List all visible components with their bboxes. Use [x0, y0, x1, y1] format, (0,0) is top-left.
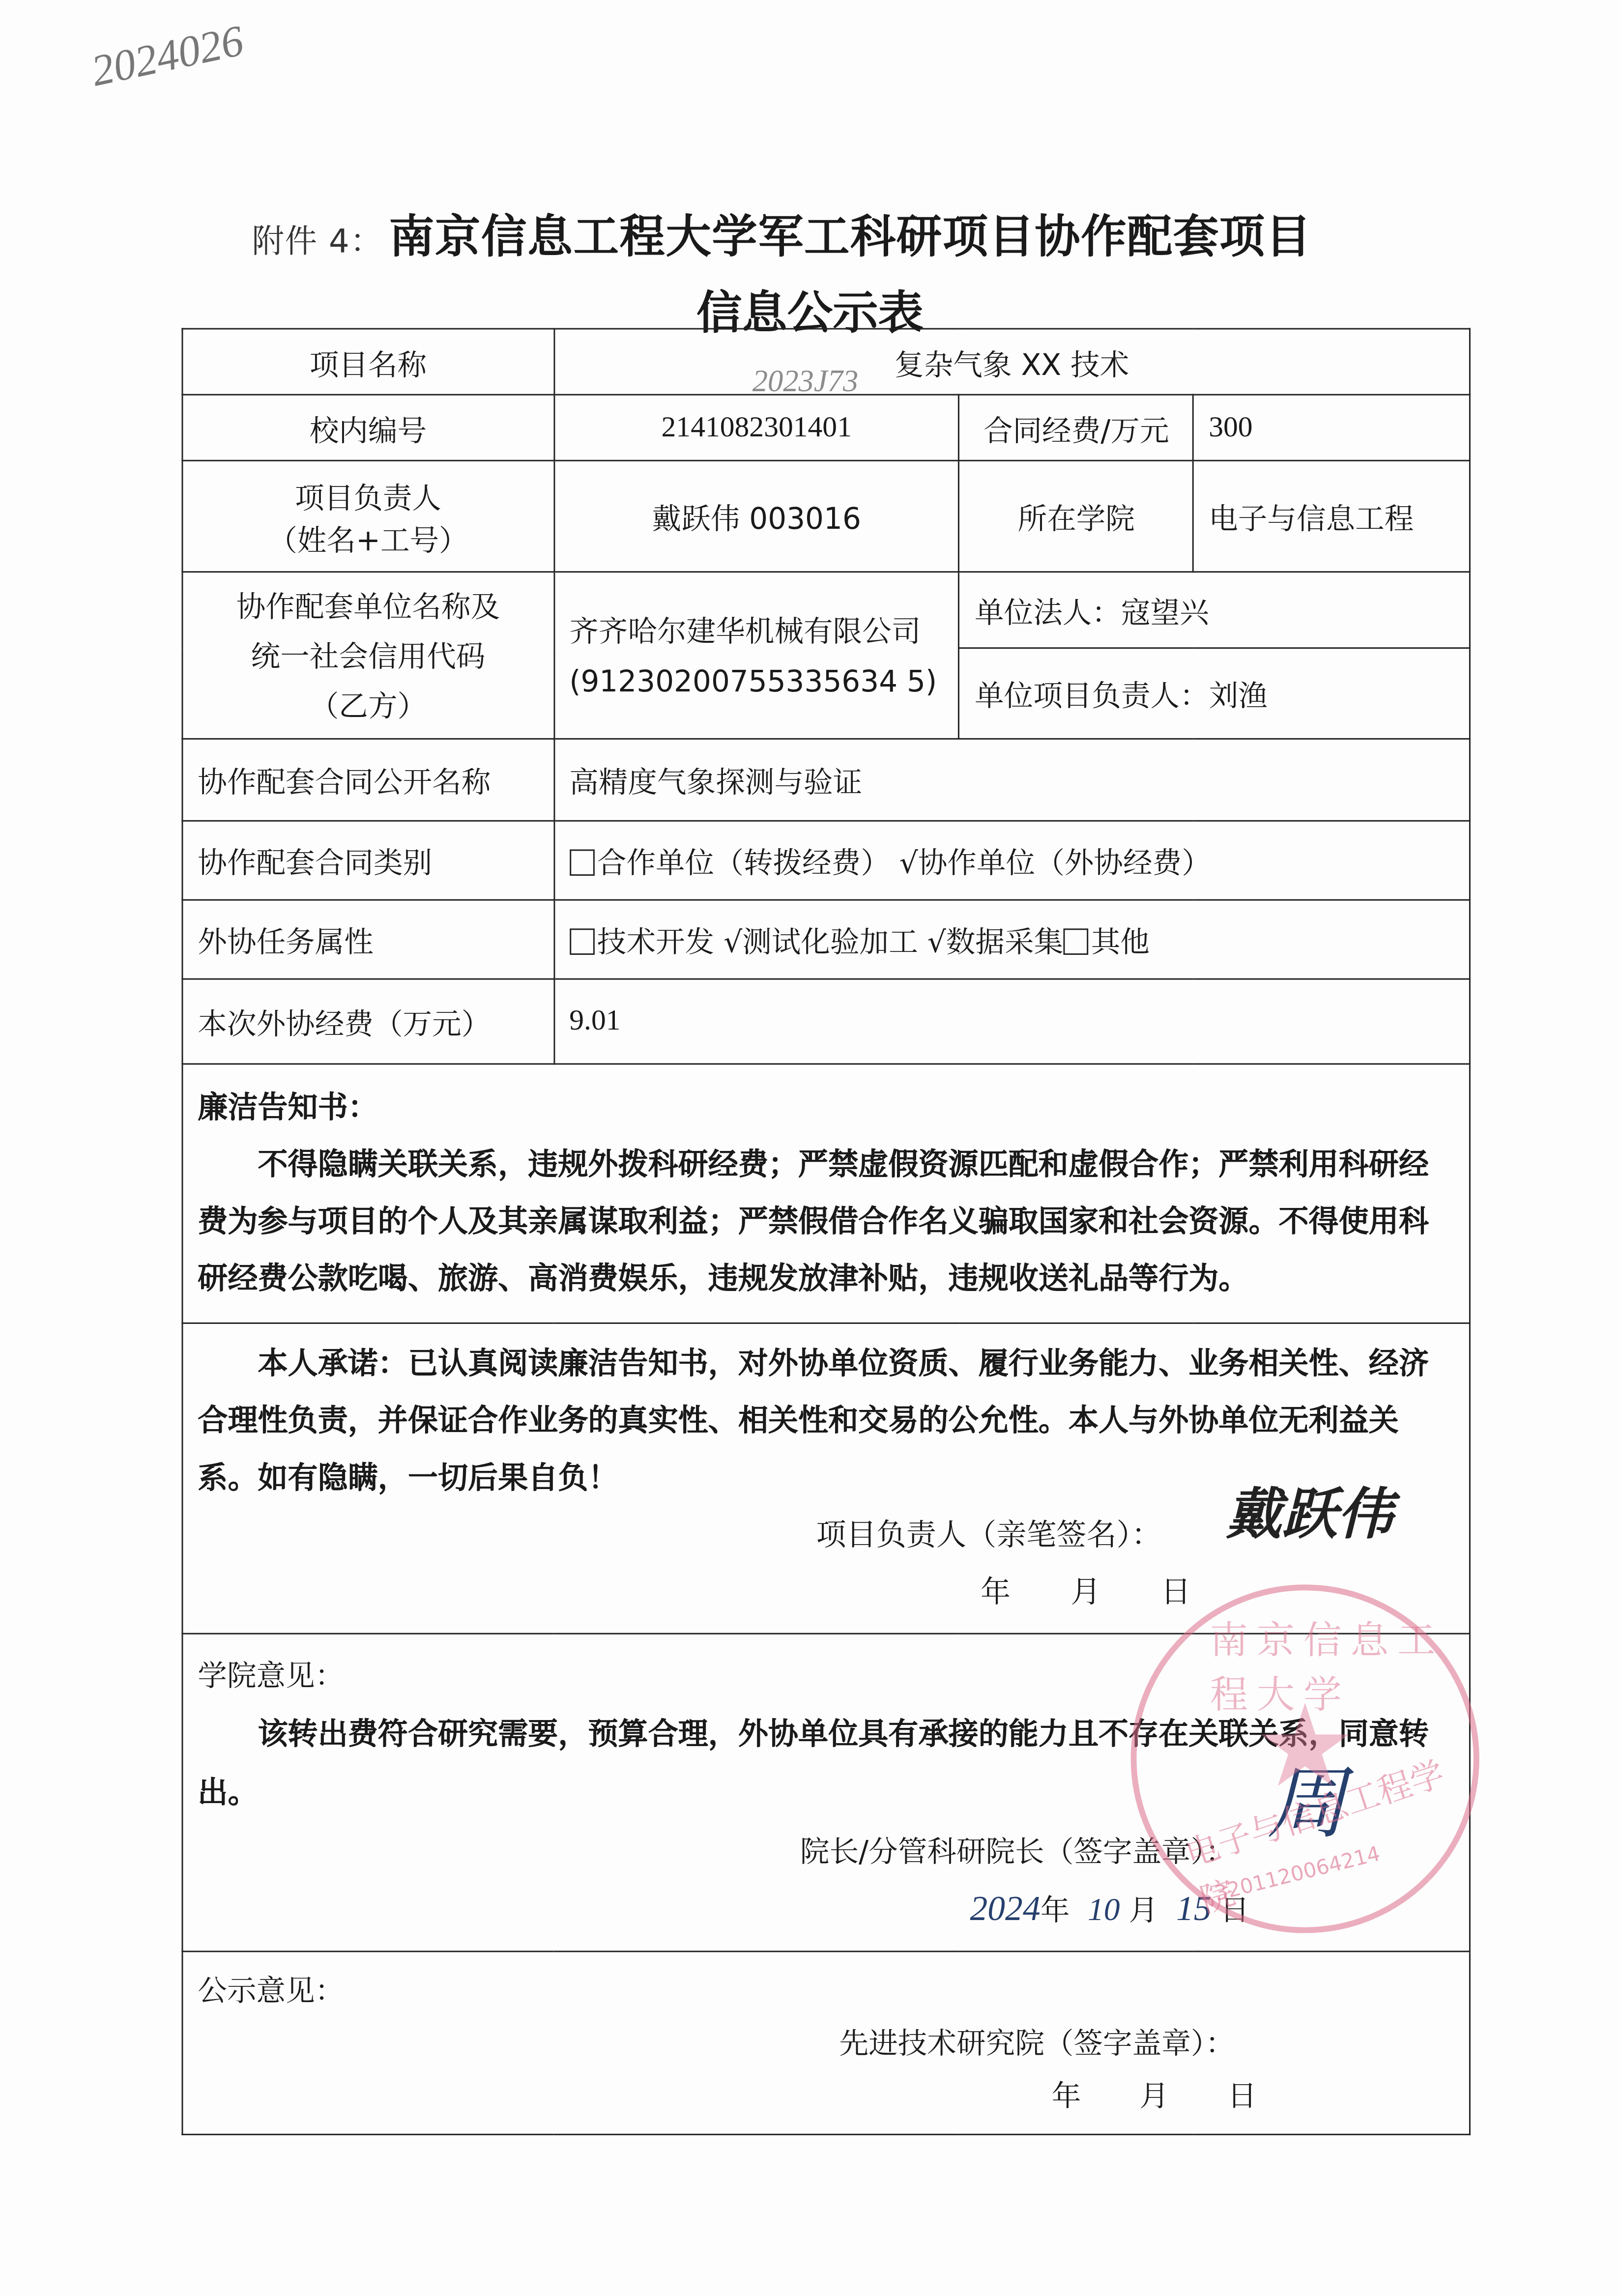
unchecked-box-icon[interactable] [569, 928, 594, 955]
row-contract-public-name: 协作配套合同公开名称 高精度气象探测与验证 [182, 739, 1470, 821]
title-text: 南京信息工程大学军工科研项目协作配套项目 [389, 211, 1311, 263]
college-date-year: 2024 [970, 1891, 1041, 1928]
partner-label-line3: （乙方） [198, 680, 538, 730]
internal-id-cell: 2023J73 2141082301401 [554, 395, 959, 460]
partner-legal-rep: 单位法人：寇望兴 [959, 572, 1470, 648]
task-option-testing: 测试化验加工 [742, 924, 918, 959]
category-option-cooperator: 协作单位（外协经费） [918, 845, 1211, 880]
college-label: 所在学院 [959, 460, 1193, 572]
task-option-other: 其他 [1091, 924, 1150, 959]
partner-label-line1: 协作配套单位名称及 [198, 581, 538, 631]
row-partner-top: 协作配套单位名称及 统一社会信用代码 （乙方） 齐齐哈尔建华机械有限公司(912… [182, 572, 1470, 648]
row-outsource-fee: 本次外协经费（万元） 9.01 [182, 979, 1470, 1064]
task-attribute-options: 技术开发 √测试化验加工 √数据采集其他 [554, 900, 1470, 979]
contract-category-options: 合作单位（转拨经费） √协作单位（外协经费） [554, 821, 1470, 900]
attachment-prefix: 附件 4： [252, 224, 383, 261]
publicity-opinion-heading: 公示意见： [198, 1964, 1454, 2016]
checkmark-icon[interactable]: √ [927, 924, 946, 959]
unchecked-box-icon[interactable] [569, 849, 594, 876]
pledge-body: 本人承诺：已认真阅读廉洁告知书，对外协单位资质、履行业务能力、业务相关性、经济合… [198, 1336, 1454, 1507]
integrity-notice-cell: 廉洁告知书： 不得隐瞒关联关系，违规外拨科研经费；严禁虚假资源匹配和虚假合作；严… [182, 1064, 1470, 1323]
task-attribute-label: 外协任务属性 [182, 900, 554, 979]
college-date-month: 10 [1088, 1891, 1120, 1927]
contract-fund-value: 300 [1193, 395, 1470, 460]
outsource-fee-value: 9.01 [554, 979, 1470, 1064]
pledge-signature: 戴跃伟 [1226, 1488, 1393, 1545]
handwritten-number-note: 2023J73 [752, 363, 859, 400]
checkmark-icon[interactable]: √ [899, 845, 918, 880]
document-page: 2024026 附件 4：南京信息工程大学军工科研项目协作配套项目 信息公示表 … [0, 0, 1620, 2296]
publicity-opinion-cell: 公示意见： 先进技术研究院（签字盖章）： 年 月 日 [182, 1952, 1470, 2135]
leader-label: 项目负责人 （姓名+工号） [182, 460, 554, 572]
integrity-notice-heading: 廉洁告知书： [198, 1079, 1454, 1136]
leader-label-line2: （姓名+工号） [198, 516, 538, 558]
document-title-line1: 附件 4：南京信息工程大学军工科研项目协作配套项目 [252, 199, 1312, 265]
partner-project-lead: 单位项目负责人：刘渔 [959, 648, 1470, 739]
row-contract-category: 协作配套合同类别 合作单位（转拨经费） √协作单位（外协经费） [182, 821, 1470, 900]
project-name-label: 项目名称 [182, 329, 554, 395]
row-internal-id: 校内编号 2023J73 2141082301401 合同经费/万元 300 [182, 395, 1470, 460]
row-integrity-notice: 廉洁告知书： 不得隐瞒关联关系，违规外拨科研经费；严禁虚假资源匹配和虚假合作；严… [182, 1064, 1470, 1323]
checkmark-icon[interactable]: √ [723, 924, 742, 959]
college-official-seal: 南京信息工程大学 ★ 电子与信息工程学院 3201120064214 [1131, 1584, 1479, 1933]
category-option-partner: 合作单位（转拨经费） [597, 845, 890, 880]
row-publicity-opinion: 公示意见： 先进技术研究院（签字盖章）： 年 月 日 [182, 1952, 1470, 2135]
integrity-notice-body: 不得隐瞒关联关系，违规外拨科研经费；严禁虚假资源匹配和虚假合作；严禁利用科研经费… [198, 1136, 1454, 1308]
row-leader: 项目负责人 （姓名+工号） 戴跃伟 003016 所在学院 电子与信息工程 [182, 460, 1470, 572]
handwritten-serial-note: 2024026 [87, 17, 248, 97]
task-option-data-collection: 数据采集 [946, 924, 1063, 959]
internal-id-value: 2141082301401 [662, 411, 852, 443]
contract-public-name-value: 高精度气象探测与验证 [554, 739, 1470, 821]
internal-id-label: 校内编号 [182, 395, 554, 460]
pledge-sign-label: 项目负责人（亲笔签名）： [816, 1517, 1162, 1552]
partner-label-line2: 统一社会信用代码 [198, 631, 538, 680]
contract-category-label: 协作配套合同类别 [182, 821, 554, 900]
publicity-date: 年 月 日 [198, 2069, 1454, 2122]
month-label: 月 [1129, 1892, 1158, 1927]
publicity-sign-label: 先进技术研究院（签字盖章）： [198, 2016, 1454, 2069]
college-value: 电子与信息工程 [1193, 460, 1470, 572]
leader-label-line1: 项目负责人 [198, 474, 538, 516]
partner-label: 协作配套单位名称及 统一社会信用代码 （乙方） [182, 572, 554, 739]
project-name-value: 复杂气象 XX 技术 [554, 329, 1470, 395]
contract-fund-label: 合同经费/万元 [959, 395, 1193, 460]
contract-public-name-label: 协作配套合同公开名称 [182, 739, 554, 821]
partner-name-value: 齐齐哈尔建华机械有限公司(91230200755335634 5) [554, 572, 959, 739]
outsource-fee-label: 本次外协经费（万元） [182, 979, 554, 1064]
unchecked-box-icon[interactable] [1063, 928, 1088, 955]
task-option-tech-dev: 技术开发 [597, 924, 714, 959]
year-label: 年 [1041, 1892, 1070, 1927]
row-task-attribute: 外协任务属性 技术开发 √测试化验加工 √数据采集其他 [182, 900, 1470, 979]
leader-value: 戴跃伟 003016 [554, 460, 959, 572]
